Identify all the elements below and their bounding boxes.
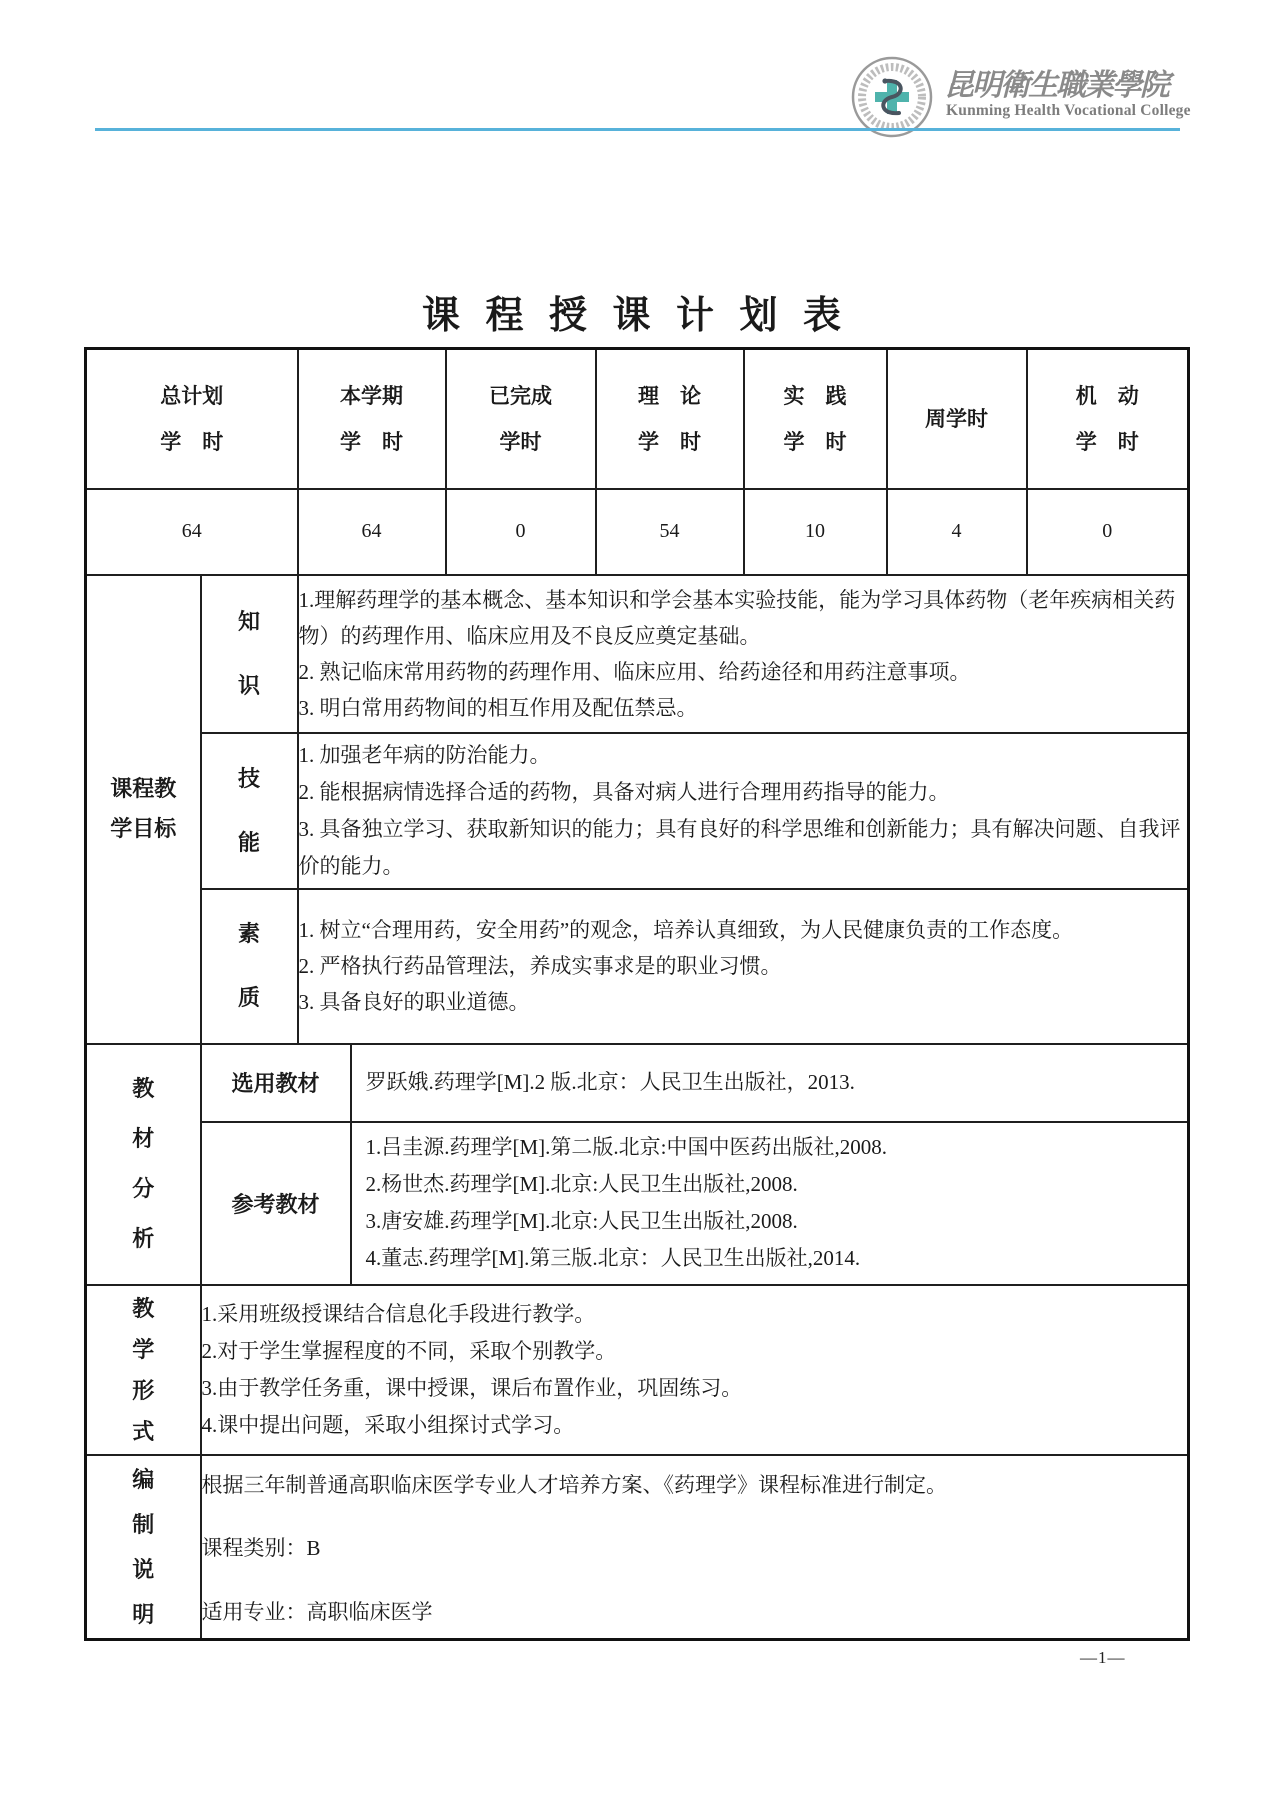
college-name-en: Kunming Health Vocational College (946, 102, 1191, 120)
materials-selected-row: 教材分析 选用教材 罗跃娥.药理学[M].2 版.北京：人民卫生出版社，2013… (86, 1044, 1189, 1122)
document-page: 昆明衛生職業學院 Kunming Health Vocational Colle… (0, 0, 1274, 1801)
sublabel-qualities: 素质 (201, 889, 298, 1044)
sublabel-reference-textbook: 参考教材 (201, 1122, 351, 1285)
col-header-weekly-hours: 周学时 (887, 349, 1027, 489)
value-practice-hours: 10 (744, 489, 887, 575)
table-values-row: 64 64 0 54 10 4 0 (86, 489, 1189, 575)
objectives-skills-row: 技能 1. 加强老年病的防治能力。 2. 能根据病情选择合适的药物，具备对病人进… (86, 733, 1189, 889)
skills-content: 1. 加强老年病的防治能力。 2. 能根据病情选择合适的药物，具备对病人进行合理… (298, 733, 1189, 889)
section-label-objectives: 课程教学目标 (86, 575, 201, 1044)
header-divider (95, 128, 1180, 131)
course-plan-table: 总计划 学 时 本学期 学 时 已完成 学时 理 论 学 时 实 践 学 时 周… (84, 347, 1190, 1641)
col-header-total-hours: 总计划 学 时 (86, 349, 298, 489)
col-header-semester-hours: 本学期 学 时 (298, 349, 446, 489)
page-number: —1— (1080, 1648, 1126, 1668)
qualities-content: 1. 树立“合理用药，安全用药”的观念，培养认真细致，为人民健康负责的工作态度。… (298, 889, 1189, 1044)
notes-row: 编制说明 根据三年制普通高职临床医学专业人才培养方案、《药理学》课程标准进行制定… (86, 1455, 1189, 1640)
teaching-form-content: 1.采用班级授课结合信息化手段进行教学。 2.对于学生掌握程度的不同，采取个别教… (201, 1285, 1189, 1455)
reference-textbook-content: 1.吕圭源.药理学[M].第二版.北京:中国中医药出版社,2008. 2.杨世杰… (351, 1122, 1189, 1285)
section-label-materials: 教材分析 (86, 1044, 201, 1285)
objectives-knowledge-row: 课程教学目标 知识 1.理解药理学的基本概念、基本知识和学会基本实验技能，能为学… (86, 575, 1189, 733)
selected-textbook-content: 罗跃娥.药理学[M].2 版.北京：人民卫生出版社，2013. (351, 1044, 1189, 1122)
knowledge-content: 1.理解药理学的基本概念、基本知识和学会基本实验技能，能为学习具体药物（老年疾病… (298, 575, 1189, 733)
teaching-form-row: 教学形式 1.采用班级授课结合信息化手段进行教学。 2.对于学生掌握程度的不同，… (86, 1285, 1189, 1455)
sublabel-selected-textbook: 选用教材 (201, 1044, 351, 1122)
table-header-row: 总计划 学 时 本学期 学 时 已完成 学时 理 论 学 时 实 践 学 时 周… (86, 349, 1189, 489)
materials-reference-row: 参考教材 1.吕圭源.药理学[M].第二版.北京:中国中医药出版社,2008. … (86, 1122, 1189, 1285)
col-header-theory-hours: 理 论 学 时 (596, 349, 744, 489)
value-flexible-hours: 0 (1027, 489, 1189, 575)
value-semester-hours: 64 (298, 489, 446, 575)
value-weekly-hours: 4 (887, 489, 1027, 575)
value-completed-hours: 0 (446, 489, 596, 575)
section-label-notes: 编制说明 (86, 1455, 201, 1640)
col-header-practice-hours: 实 践 学 时 (744, 349, 887, 489)
college-seal-icon (851, 56, 933, 138)
col-header-flexible-hours: 机 动 学 时 (1027, 349, 1189, 489)
objectives-qualities-row: 素质 1. 树立“合理用药，安全用药”的观念，培养认真细致，为人民健康负责的工作… (86, 889, 1189, 1044)
sublabel-knowledge: 知识 (201, 575, 298, 733)
page-title: 课 程 授 课 计 划 表 (84, 284, 1187, 339)
section-label-teaching-form: 教学形式 (86, 1285, 201, 1455)
value-theory-hours: 54 (596, 489, 744, 575)
college-name-zh: 昆明衛生職業學院 (944, 60, 1174, 104)
notes-content: 根据三年制普通高职临床医学专业人才培养方案、《药理学》课程标准进行制定。 课程类… (201, 1455, 1189, 1640)
value-total-hours: 64 (86, 489, 298, 575)
col-header-completed-hours: 已完成 学时 (446, 349, 596, 489)
sublabel-skills: 技能 (201, 733, 298, 889)
